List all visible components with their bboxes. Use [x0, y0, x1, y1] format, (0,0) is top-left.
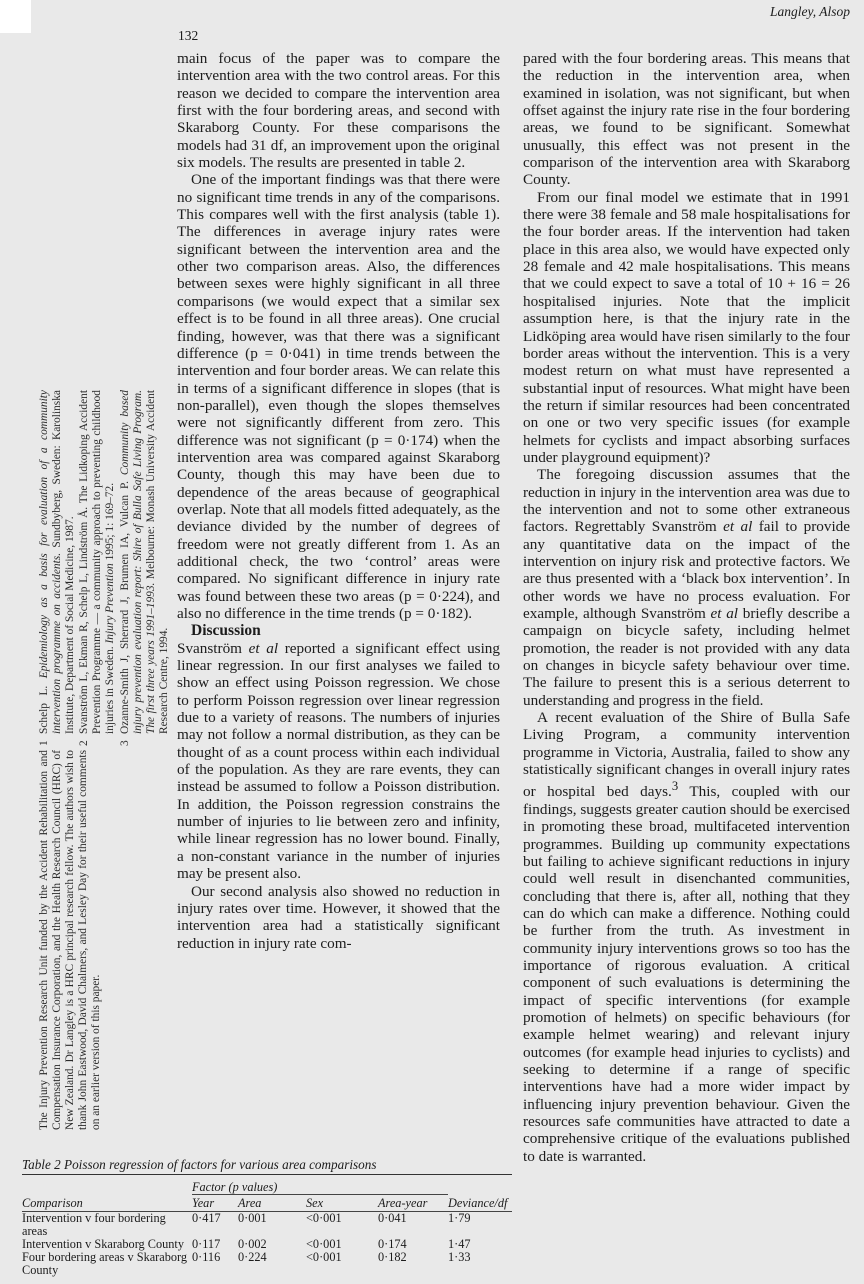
paragraph: main focus of the paper was to compare t… — [177, 50, 500, 171]
scan-corner-mask — [0, 0, 31, 33]
paragraph: The foregoing discussion assumes that th… — [523, 466, 850, 709]
paragraph: A recent evaluation of the Shire of Bull… — [523, 709, 850, 1165]
reference-item: 1Schelp L. Epidemiology as a basis for e… — [38, 390, 77, 746]
right-column: pared with the four bordering areas. Thi… — [523, 50, 850, 1165]
page-number: 132 — [178, 28, 198, 44]
acknowledgement-note: The Injury Prevention Research Unit fund… — [38, 750, 103, 1130]
reference-item: 3Ozanne-Smith J, Sherrard J, Brumen IA, … — [119, 390, 171, 746]
left-column: main focus of the paper was to compare t… — [177, 50, 500, 952]
table-row: Intervention v four bordering areas 0·41… — [22, 1212, 512, 1239]
reference-item: 2Svanström L, Ekman R, Schelp L, Lindstr… — [78, 390, 117, 746]
section-heading-discussion: Discussion — [177, 622, 500, 639]
paragraph: Our second analysis also showed no reduc… — [177, 883, 500, 952]
running-head-authors: Langley, Alsop — [770, 4, 850, 20]
table-caption: Table 2 Poisson regression of factors fo… — [22, 1158, 512, 1175]
rotated-margin-notes: The Injury Prevention Research Unit fund… — [38, 390, 168, 1130]
results-table: Factor (p values) Comparison Year Area S… — [22, 1175, 512, 1284]
reference-list: 1Schelp L. Epidemiology as a basis for e… — [38, 390, 172, 746]
column-header: Deviance/df — [448, 1195, 512, 1212]
column-header: Comparison — [22, 1195, 192, 1212]
table-row: Four bordering areas v Skaraborg County … — [22, 1251, 512, 1277]
column-header: Area-year — [378, 1195, 448, 1212]
column-header: Year — [192, 1195, 238, 1212]
factor-group-header: Factor (p values) — [192, 1175, 448, 1195]
paragraph: From our final model we estimate that in… — [523, 189, 850, 467]
paragraph: One of the important findings was that t… — [177, 171, 500, 622]
column-header: Area — [238, 1195, 306, 1212]
table-2: Table 2 Poisson regression of factors fo… — [22, 1158, 512, 1284]
paragraph: Svanström et al reported a significant e… — [177, 640, 500, 883]
paragraph: pared with the four bordering areas. Thi… — [523, 50, 850, 189]
column-header: Sex — [306, 1195, 378, 1212]
